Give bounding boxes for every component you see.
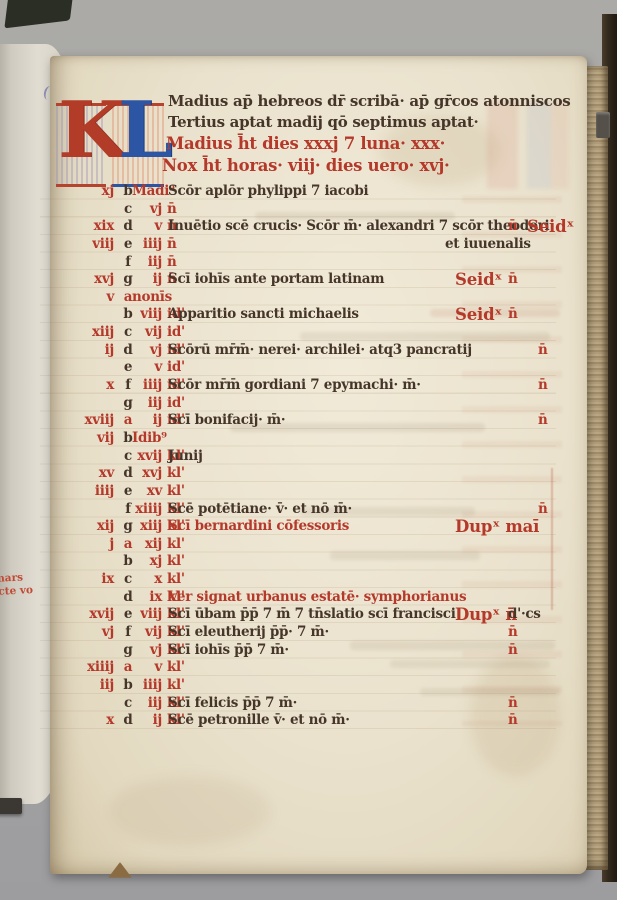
feast-entry: Inuētio scē crucis· Scōr m̄· alexandri 7… [168,218,549,236]
manuscript-photo: mars icte vo K L Madius ap̄ hebreos dr̄ … [0,0,617,900]
day-marker: kl' [167,677,207,695]
calendar-row: jaxijkl' [40,536,574,554]
calendar-row: ixcxkl' [40,571,574,589]
day-label: nonīs [132,289,172,307]
calendar-row: xdijkl'Scē petronille v̄· et nō m̄·n̄ [40,712,574,730]
day-count: xj [132,553,162,571]
feast-entry: Scē potētiane· v̄· et nō m̄· [168,501,352,519]
calendar-row: xixdvn̄Inuētio scē crucis· Scōr m̄· alex… [40,218,574,236]
feast-entry: Scōrū mr̄m̄· nerei· archilei· atq3 pancr… [168,342,472,360]
calendar-row: ijdvjid'Scōrū mr̄m̄· nerei· archilei· at… [40,342,574,360]
calendar-row: xiiijavkl' [40,659,574,677]
kl-initial: K L [56,100,168,190]
day-marker: kl' [167,465,207,483]
day-count: iiij [132,377,162,395]
day-count: x [132,571,162,589]
day-marker: kl' [167,571,207,589]
golden-number: iij [42,677,114,695]
day-count: xiiij [132,501,162,519]
feast-entry: Scī felicis p̄p̄ 7 m̄· [168,695,297,713]
day-marker: id' [167,324,207,342]
calendar-row: xijgxiijkl'Scī bernardini cōfessorisDupˣ… [40,518,574,536]
day-count: iiij [132,677,162,695]
margin-note: n̄ [538,342,548,360]
calendar-row: iiijexvkl' [40,483,574,501]
golden-number: xiiij [42,659,114,677]
golden-number: x [42,712,114,730]
day-marker: kl' [167,536,207,554]
day-count: vj [132,342,162,360]
calendar-row: xvjgijn̄Scī iohīs ante portam latinamSei… [40,271,574,289]
day-count: ij [132,412,162,430]
feast-entry: Junij [168,448,203,466]
calendar-row: giijid' [40,395,574,413]
day-count: xv [132,483,162,501]
golden-number: xviij [42,412,114,430]
golden-number: j [42,536,114,554]
day-label: Idib⁹ [132,430,167,448]
feast-entry: Apparitio sancti michaelis [168,306,359,324]
day-count: vj [132,201,162,219]
golden-number: vij [42,430,114,448]
day-count: ij [132,712,162,730]
margin-note: n̄ [538,501,548,519]
day-count: vij [132,624,162,642]
calendar-rows: xjbMadi⁹Scōr aplōr phylippi 7 iacobicvjn… [40,183,574,735]
golden-number: viij [42,236,114,254]
calendar-row: dixkl'Ver signat urbanus estatē· symphor… [40,589,574,607]
day-count: xiij [132,518,162,536]
calendar-row: bviijid'Apparitio sancti michaelisSeidˣn… [40,306,574,324]
margin-note: n̄ [508,695,518,713]
golden-number: xvij [42,606,114,624]
feast-entry: Scī eleutherij p̄p̄· 7 m̄· [168,624,329,642]
margin-note: Seidˣ [455,271,502,289]
margin-note: n̄ [508,624,518,642]
calendar-row: cxvijkl'Junij [40,448,574,466]
golden-number: xij [42,518,114,536]
day-count: vij [132,324,162,342]
day-count: v [132,218,162,236]
golden-number: xj [42,183,114,201]
left-marginalia: mars icte vo [0,571,33,599]
calendar-row: xjbMadi⁹Scōr aplōr phylippi 7 iacobi [40,183,574,201]
initial-letter-k: K [58,92,126,170]
margin-note: n̄ [508,642,518,660]
golden-number: xiij [42,324,114,342]
margin-note: n̄ [508,712,518,730]
feast-entry: Scī bernardini cōfessoris [168,518,349,536]
day-marker: id' [167,395,207,413]
day-count: iij [132,695,162,713]
golden-number: xv [42,465,114,483]
day-marker: n̄ [167,236,207,254]
day-count: ij [132,271,162,289]
feast-entry: Scī bonifacij· m̄· [168,412,285,430]
margin-note: n̄ [538,377,548,395]
feast-entry: Scōr aplōr phylippi 7 iacobi [168,183,368,201]
show-through-initial [487,101,569,189]
day-count: iiij [132,236,162,254]
golden-number: v [42,289,114,307]
clasp-catch [596,112,610,138]
golden-number: xvj [42,271,114,289]
margin-note: Dupˣ maī [455,518,539,536]
margin-note: n̄ [508,271,518,289]
calendar-row: xviijaijid'Scī bonifacij· m̄·n̄ [40,412,574,430]
golden-number: ix [42,571,114,589]
header-night-hours-rubric: Nox h̄t horas· viij· dies uero· xvj· [162,156,449,175]
day-marker: id' [167,359,207,377]
day-count: viij [132,606,162,624]
golden-number: vj [42,624,114,642]
margin-note: d'·cs [508,606,541,624]
golden-number: xix [42,218,114,236]
day-count: xij [132,536,162,554]
calendar-row: xfiiijid'Scōr mr̄m̄ gordiani 7 epymachi·… [40,377,574,395]
feast-entry: Scī ūbam p̄p̄ 7 m̄ 7 tn̄slatio scī franc… [168,606,456,624]
margin-note: Seidˣ [527,218,574,236]
header-month-days-rubric: Madius h̄t dies xxxj 7 luna· xxx· [166,134,445,153]
day-marker: n̄ [167,254,207,272]
calendar-row: fxiiijkl'Scē potētiane· v̄· et nō m̄·n̄ [40,501,574,519]
margin-note: et iuuenalis [445,236,531,254]
day-count: iij [132,395,162,413]
calendar-row: vijbIdib⁹ [40,430,574,448]
day-count: xvij [132,448,162,466]
calendar-row: xvijeviijkl'Scī ūbam p̄p̄ 7 m̄ 7 tn̄slat… [40,606,574,624]
golden-number: x [42,377,114,395]
margin-note: n̄ [538,412,548,430]
header-etymology-line2: Tertius aptat madij qō septimus aptat· [168,113,478,131]
calendar-row: viijeiiijn̄et iuuenalis [40,236,574,254]
parchment-stain [110,776,270,846]
calendar-row: xiijcvijid' [40,324,574,342]
day-count: iij [132,254,162,272]
calendar-row: iijbiiijkl' [40,677,574,695]
day-marker: kl' [167,553,207,571]
spine-headband [4,0,73,28]
day-marker: n̄ [167,201,207,219]
day-count: xvj [132,465,162,483]
margin-note: n̄ [508,218,518,236]
feast-entry: Scī iohīs ante portam latinam [168,271,384,289]
feast-entry: Ver signat urbanus estatē· symphorianus [168,589,466,607]
calendar-row: gvjkl'Scī iohīs p̄p̄ 7 m̄·n̄ [40,642,574,660]
feast-entry: Scī iohīs p̄p̄ 7 m̄· [168,642,289,660]
marginalia-line: icte vo [0,584,33,599]
calendar-row: cvjn̄ [40,201,574,219]
feast-entry: Scōr mr̄m̄ gordiani 7 epymachi· m̄· [168,377,421,395]
header-etymology-line1: Madius ap̄ hebreos dr̄ scribā· ap̄ gr̄co… [168,92,570,110]
feast-entry: Scē petronille v̄· et nō m̄· [168,712,350,730]
day-marker: kl' [167,483,207,501]
margin-note: n̄ [508,306,518,324]
book-clasp [0,798,22,814]
calendar-row: xvdxvjkl' [40,465,574,483]
golden-number: ij [42,342,114,360]
calendar-row: bxjkl' [40,553,574,571]
margin-note: Seidˣ [455,306,502,324]
golden-number: iiij [42,483,114,501]
day-count: v [132,359,162,377]
day-count: vj [132,642,162,660]
day-count: viij [132,306,162,324]
calendar-row: vjfvijkl'Scī eleutherij p̄p̄· 7 m̄·n̄ [40,624,574,642]
calendar-row: ciijkl'Scī felicis p̄p̄ 7 m̄·n̄ [40,695,574,713]
day-count: ix [132,589,162,607]
calendar-row: fiijn̄ [40,254,574,272]
calendar-row: evid' [40,359,574,377]
calendar-row: vanonīs [40,289,574,307]
day-marker: kl' [167,659,207,677]
day-count: v [132,659,162,677]
